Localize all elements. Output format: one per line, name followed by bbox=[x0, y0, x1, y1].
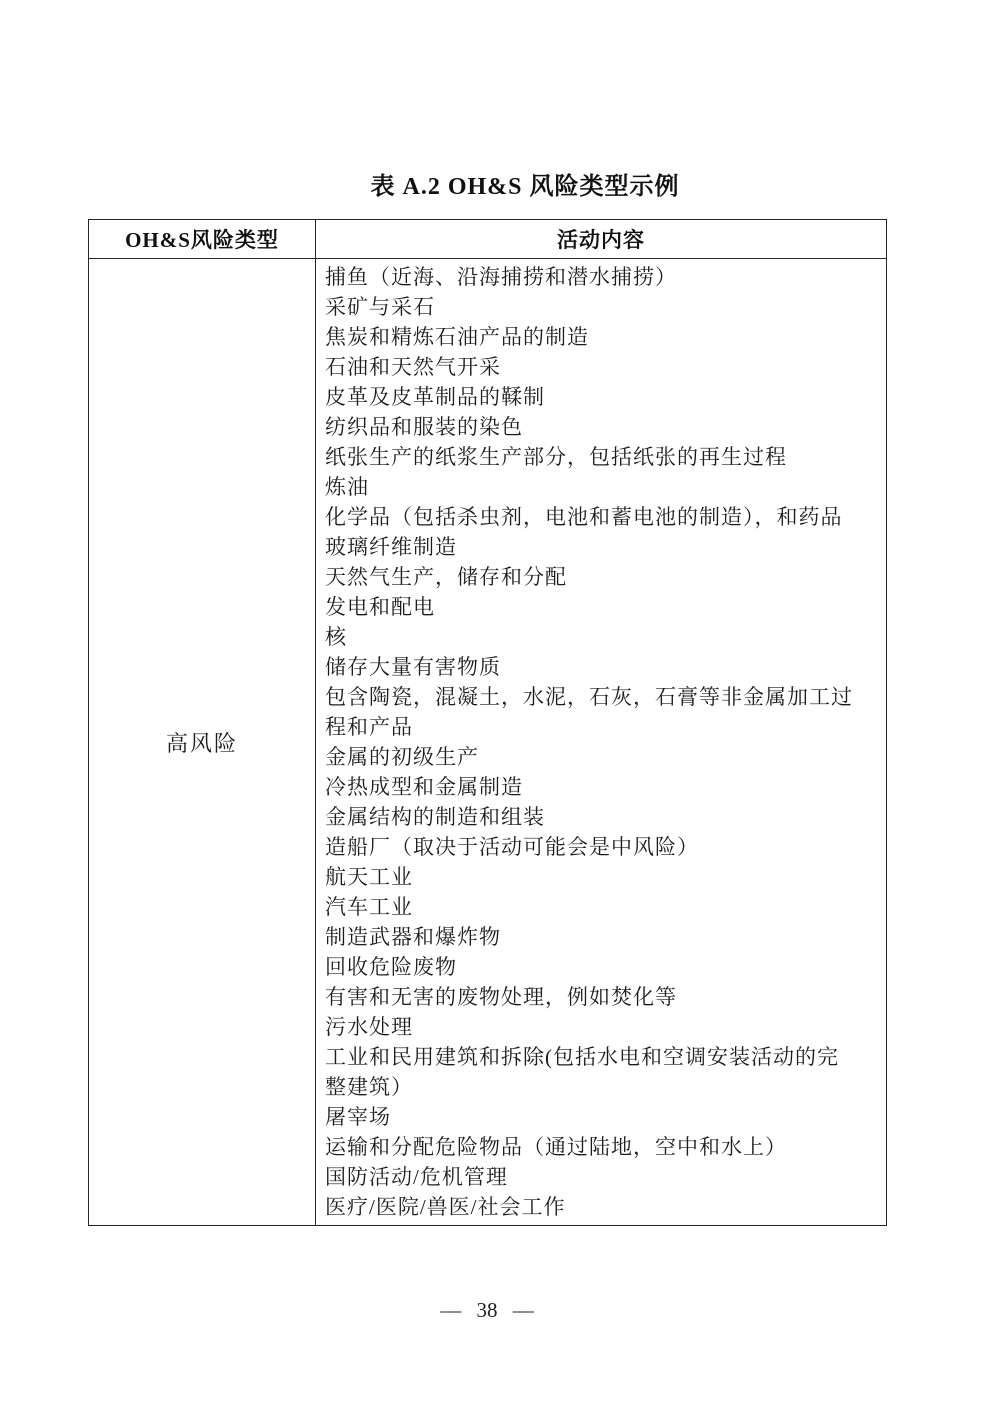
table-row: 高风险 捕鱼（近海、沿海捕捞和潜水捕捞）采矿与采石焦炭和精炼石油产品的制造石油和… bbox=[89, 259, 887, 1226]
activity-item: 炼油 bbox=[325, 472, 877, 502]
activity-item: 捕鱼（近海、沿海捕捞和潜水捕捞） bbox=[325, 262, 877, 292]
activity-item: 医疗/医院/兽医/社会工作 bbox=[325, 1192, 877, 1222]
activity-item: 屠宰场 bbox=[325, 1102, 877, 1132]
table-header-row: OH&S风险类型 活动内容 bbox=[89, 220, 887, 259]
activity-item: 发电和配电 bbox=[325, 592, 877, 622]
activity-item: 汽车工业 bbox=[325, 892, 877, 922]
activity-item: 污水处理 bbox=[325, 1012, 877, 1042]
activity-item: 造船厂（取决于活动可能会是中风险） bbox=[325, 832, 877, 862]
activity-item: 金属的初级生产 bbox=[325, 742, 877, 772]
risk-type-cell: 高风险 bbox=[89, 259, 316, 1226]
activity-item: 储存大量有害物质 bbox=[325, 652, 877, 682]
activity-item: 制造武器和爆炸物 bbox=[325, 922, 877, 952]
activity-item: 国防活动/危机管理 bbox=[325, 1162, 877, 1192]
activity-item: 采矿与采石 bbox=[325, 292, 877, 322]
table-title: 表 A.2 OH&S 风险类型示例 bbox=[88, 170, 962, 204]
risk-type-table: OH&S风险类型 活动内容 高风险 捕鱼（近海、沿海捕捞和潜水捕捞）采矿与采石焦… bbox=[88, 219, 887, 1226]
activity-item: 化学品（包括杀虫剂，电池和蓄电池的制造），和药品 bbox=[325, 502, 877, 532]
activity-item: 皮革及皮革制品的鞣制 bbox=[325, 382, 877, 412]
header-activity-content: 活动内容 bbox=[316, 220, 887, 259]
activity-item: 航天工业 bbox=[325, 862, 877, 892]
activity-item: 回收危险废物 bbox=[325, 952, 877, 982]
activity-item: 核 bbox=[325, 622, 877, 652]
activity-item: 纺织品和服装的染色 bbox=[325, 412, 877, 442]
document-page: 表 A.2 OH&S 风险类型示例 OH&S风险类型 活动内容 高风险 捕鱼（近… bbox=[0, 0, 1000, 1414]
activity-item: 焦炭和精炼石油产品的制造 bbox=[325, 322, 877, 352]
activity-item: 纸张生产的纸浆生产部分，包括纸张的再生过程 bbox=[325, 442, 877, 472]
header-risk-type: OH&S风险类型 bbox=[89, 220, 316, 259]
activity-item: 玻璃纤维制造 bbox=[325, 532, 877, 562]
activity-item: 运输和分配危险物品（通过陆地，空中和水上） bbox=[325, 1132, 877, 1162]
activity-item: 包含陶瓷，混凝土，水泥，石灰，石膏等非金属加工过 程和产品 bbox=[325, 682, 877, 742]
activities-cell: 捕鱼（近海、沿海捕捞和潜水捕捞）采矿与采石焦炭和精炼石油产品的制造石油和天然气开… bbox=[316, 259, 887, 1226]
page-number: — 38 — bbox=[88, 1298, 886, 1323]
activity-item: 天然气生产，储存和分配 bbox=[325, 562, 877, 592]
activity-item: 冷热成型和金属制造 bbox=[325, 772, 877, 802]
activity-item: 工业和民用建筑和拆除(包括水电和空调安装活动的完 整建筑） bbox=[325, 1042, 877, 1102]
activity-item: 金属结构的制造和组装 bbox=[325, 802, 877, 832]
activity-item: 石油和天然气开采 bbox=[325, 352, 877, 382]
activity-item: 有害和无害的废物处理，例如焚化等 bbox=[325, 982, 877, 1012]
